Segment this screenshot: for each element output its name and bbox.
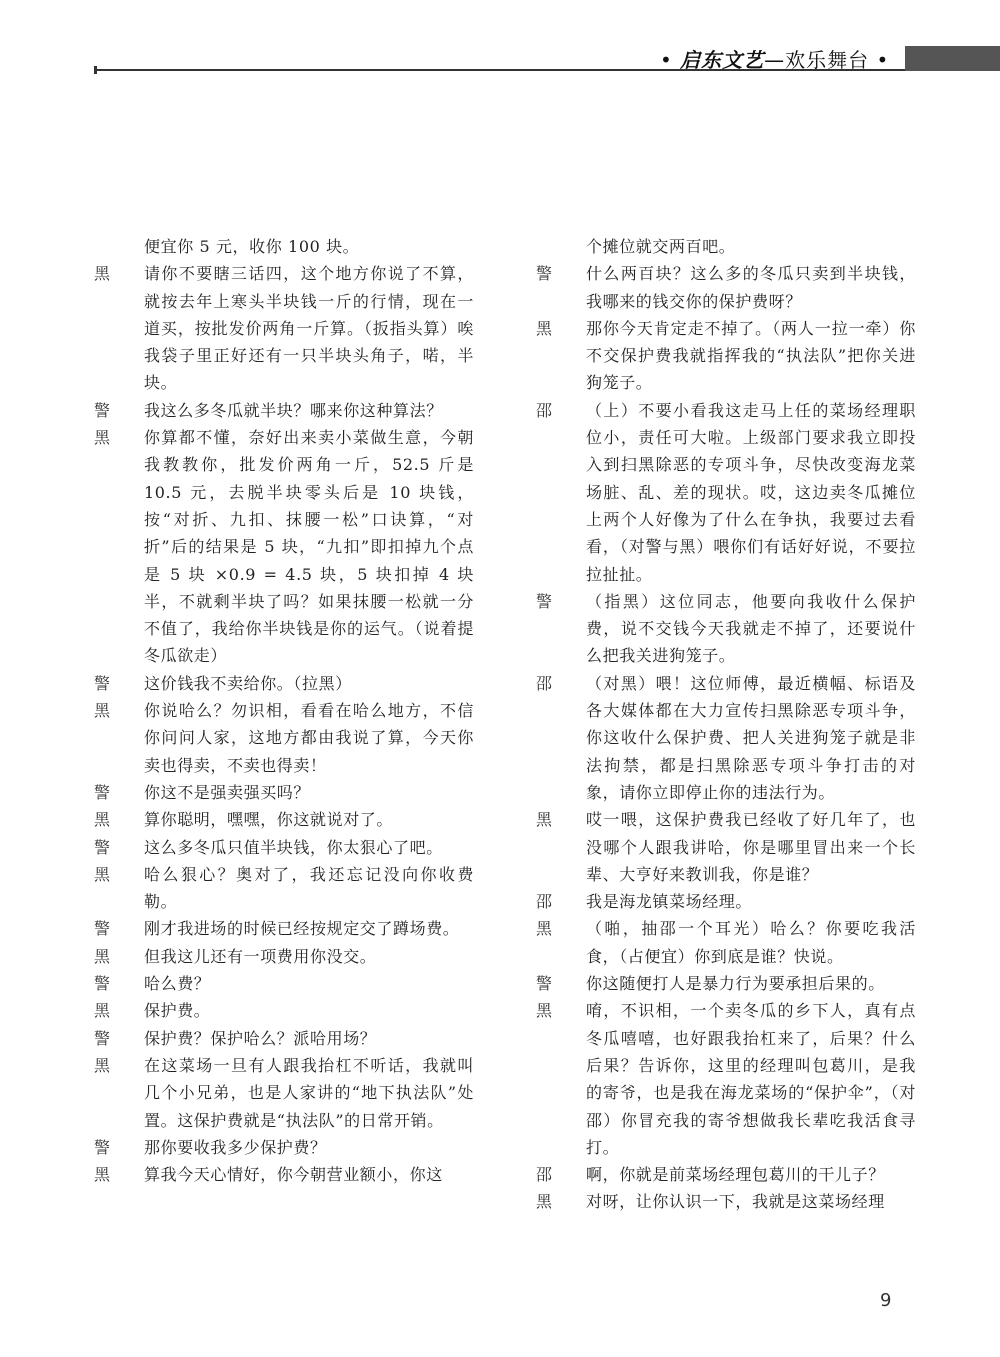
- dialogue-text: 这么多冬瓜只值半块钱，你太狠心了吧。: [144, 834, 474, 861]
- right-column: 个摊位就交两百吧。警什么两百块？这么多的冬瓜只卖到半块钱，我哪来的钱交你的保护费…: [536, 233, 916, 1216]
- dialogue-entry: 黑哈么狠心？奥对了，我还忘记没向你收费勒。: [94, 861, 474, 916]
- dialogue-text: 你算都不懂，奈好出来卖小菜做生意，今朝我教教你，批发价两角一斤，52.5 斤是 …: [144, 424, 474, 670]
- speaker-label: 黑: [536, 1188, 586, 1215]
- dialogue-entry: 警你这不是强卖强买吗？: [94, 779, 474, 806]
- dialogue-text: （上）不要小看我这走马上任的菜场经理职位小，责任可大啦。上级部门要求我立即投入到…: [586, 397, 916, 588]
- dialogue-text: （对黑）喂！这位师傅，最近横幅、标语及各大媒体都在大力宣传扫黑除恶专项斗争，你这…: [586, 670, 916, 806]
- dialogue-entry: 便宜你 5 元，收你 100 块。: [94, 233, 474, 260]
- speaker-label: 警: [94, 670, 144, 697]
- speaker-label: 黑: [94, 1052, 144, 1134]
- speaker-label: 警: [94, 915, 144, 942]
- speaker-label: 黑: [536, 315, 586, 397]
- dialogue-text: 刚才我进场的时候已经按规定交了蹲场费。: [144, 915, 474, 942]
- dialogue-entry: 警你这随便打人是暴力行为要承担后果的。: [536, 970, 916, 997]
- dialogue-entry: 黑算你聪明，嘿嘿，你这就说对了。: [94, 806, 474, 833]
- speaker-label: 邵: [536, 670, 586, 806]
- speaker-label: 邵: [536, 1161, 586, 1188]
- dialogue-text: 对呀，让你认识一下，我就是这菜场经理: [586, 1188, 916, 1215]
- dialogue-text: （啪，抽邵一个耳光）哈么？你要吃我活食，（占便宜）你到底是谁？快说。: [586, 915, 916, 970]
- dialogue-entry: 邵啊，你就是前菜场经理包葛川的干儿子？: [536, 1161, 916, 1188]
- dialogue-entry: 黑对呀，让你认识一下，我就是这菜场经理: [536, 1188, 916, 1215]
- speaker-label: 警: [94, 834, 144, 861]
- dialogue-text: 便宜你 5 元，收你 100 块。: [144, 233, 474, 260]
- dialogue-entry: 警保护费？保护哈么？派哈用场？: [94, 1025, 474, 1052]
- dialogue-entry: 个摊位就交两百吧。: [536, 233, 916, 260]
- page-number: 9: [880, 1290, 891, 1311]
- dialogue-entry: 邵（上）不要小看我这走马上任的菜场经理职位小，责任可大啦。上级部门要求我立即投入…: [536, 397, 916, 588]
- speaker-label: 警: [94, 970, 144, 997]
- speaker-label: 警: [94, 779, 144, 806]
- dialogue-entry: 警哈么费？: [94, 970, 474, 997]
- speaker-label: 黑: [94, 943, 144, 970]
- dialogue-entry: 黑（啪，抽邵一个耳光）哈么？你要吃我活食，（占便宜）你到底是谁？快说。: [536, 915, 916, 970]
- header-color-block: [905, 46, 1000, 71]
- speaker-label: [536, 233, 586, 260]
- dialogue-entry: 警刚才我进场的时候已经按规定交了蹲场费。: [94, 915, 474, 942]
- speaker-label: 邵: [536, 888, 586, 915]
- speaker-label: 黑: [536, 997, 586, 1161]
- dialogue-text: 那你今天肯定走不掉了。（两人一拉一牵）你不交保护费我就指挥我的“执法队”把你关进…: [586, 315, 916, 397]
- dialogue-text: 啊，你就是前菜场经理包葛川的干儿子？: [586, 1161, 916, 1188]
- dialogue-entry: 黑唷，不识相，一个卖冬瓜的乡下人，真有点冬瓜嘻嘻，也好跟我抬杠来了，后果？什么后…: [536, 997, 916, 1161]
- dialogue-text: 保护费？保护哈么？派哈用场？: [144, 1025, 474, 1052]
- dialogue-text: 但我这儿还有一项费用你没交。: [144, 943, 474, 970]
- speaker-label: 警: [94, 397, 144, 424]
- dialogue-text: 保护费。: [144, 997, 474, 1024]
- dialogue-text: （指黑）这位同志，他要向我收什么保护费，说不交钱今天我就走不掉了，还要说什么把我…: [586, 588, 916, 670]
- speaker-label: [94, 233, 144, 260]
- speaker-label: 黑: [536, 806, 586, 888]
- dialogue-text: 个摊位就交两百吧。: [586, 233, 916, 260]
- header-bullet-right: •: [877, 48, 890, 72]
- dialogue-text: 哈么狠心？奥对了，我还忘记没向你收费勒。: [144, 861, 474, 916]
- speaker-label: 黑: [94, 997, 144, 1024]
- dialogue-text: 哎一喂，这保护费我已经收了好几年了，也没哪个人跟我讲哈，你是哪里冒出来一个长辈、…: [586, 806, 916, 888]
- dialogue-entry: 黑你算都不懂，奈好出来卖小菜做生意，今朝我教教你，批发价两角一斤，52.5 斤是…: [94, 424, 474, 670]
- dialogue-entry: 警那你要收我多少保护费？: [94, 1134, 474, 1161]
- dialogue-text: 你这随便打人是暴力行为要承担后果的。: [586, 970, 916, 997]
- dialogue-entry: 黑算我今天心情好，你今朝营业额小，你这: [94, 1161, 474, 1188]
- dialogue-text: 算我今天心情好，你今朝营业额小，你这: [144, 1161, 474, 1188]
- dialogue-entry: 黑你说哈么？勿识相，看看在哈么地方，不信你问问人家，这地方都由我说了算，今天你卖…: [94, 697, 474, 779]
- dialogue-entry: 黑在这菜场一旦有人跟我抬杠不听话，我就叫几个小兄弟，也是人家讲的“地下执法队”处…: [94, 1052, 474, 1134]
- dialogue-text: 唷，不识相，一个卖冬瓜的乡下人，真有点冬瓜嘻嘻，也好跟我抬杠来了，后果？什么后果…: [586, 997, 916, 1161]
- dialogue-entry: 黑保护费。: [94, 997, 474, 1024]
- speaker-label: 黑: [536, 915, 586, 970]
- dialogue-entry: 黑哎一喂，这保护费我已经收了好几年了，也没哪个人跟我讲哈，你是哪里冒出来一个长辈…: [536, 806, 916, 888]
- dialogue-text: 你说哈么？勿识相，看看在哈么地方，不信你问问人家，这地方都由我说了算，今天你卖也…: [144, 697, 474, 779]
- dialogue-text: 这价钱我不卖给你。（拉黑）: [144, 670, 474, 697]
- speaker-label: 黑: [94, 861, 144, 916]
- dialogue-entry: 黑但我这儿还有一项费用你没交。: [94, 943, 474, 970]
- dialogue-text: 那你要收我多少保护费？: [144, 1134, 474, 1161]
- dialogue-entry: 邵（对黑）喂！这位师傅，最近横幅、标语及各大媒体都在大力宣传扫黑除恶专项斗争，你…: [536, 670, 916, 806]
- speaker-label: 黑: [94, 424, 144, 670]
- dialogue-entry: 警这价钱我不卖给你。（拉黑）: [94, 670, 474, 697]
- speaker-label: 黑: [94, 697, 144, 779]
- running-header-title: • 启东文艺—欢乐舞台 •: [660, 44, 889, 73]
- dialogue-entry: 警这么多冬瓜只值半块钱，你太狠心了吧。: [94, 834, 474, 861]
- dialogue-entry: 警我这么多冬瓜就半块？哪来你这种算法？: [94, 397, 474, 424]
- header-dash: —: [764, 48, 785, 72]
- header-bullet-left: •: [660, 48, 673, 72]
- dialogue-text: 算你聪明，嘿嘿，你这就说对了。: [144, 806, 474, 833]
- dialogue-text: 哈么费？: [144, 970, 474, 997]
- speaker-label: 警: [94, 1025, 144, 1052]
- dialogue-entry: 黑请你不要瞎三话四，这个地方你说了不算，就按去年上寒头半块钱一斤的行情，现在一道…: [94, 260, 474, 396]
- left-column: 便宜你 5 元，收你 100 块。黑请你不要瞎三话四，这个地方你说了不算，就按去…: [94, 233, 474, 1188]
- speaker-label: 警: [94, 1134, 144, 1161]
- speaker-label: 警: [536, 260, 586, 315]
- speaker-label: 黑: [94, 260, 144, 396]
- header-section: 欢乐舞台: [785, 48, 869, 72]
- dialogue-entry: 警（指黑）这位同志，他要向我收什么保护费，说不交钱今天我就走不掉了，还要说什么把…: [536, 588, 916, 670]
- speaker-label: 黑: [94, 1161, 144, 1188]
- header-brand: 启东文艺: [680, 48, 764, 72]
- dialogue-entry: 警什么两百块？这么多的冬瓜只卖到半块钱，我哪来的钱交你的保护费呀？: [536, 260, 916, 315]
- dialogue-text: 请你不要瞎三话四，这个地方你说了不算，就按去年上寒头半块钱一斤的行情，现在一道买…: [144, 260, 474, 396]
- dialogue-text: 什么两百块？这么多的冬瓜只卖到半块钱，我哪来的钱交你的保护费呀？: [586, 260, 916, 315]
- speaker-label: 黑: [94, 806, 144, 833]
- speaker-label: 警: [536, 588, 586, 670]
- dialogue-entry: 邵我是海龙镇菜场经理。: [536, 888, 916, 915]
- dialogue-text: 我是海龙镇菜场经理。: [586, 888, 916, 915]
- dialogue-text: 你这不是强卖强买吗？: [144, 779, 474, 806]
- speaker-label: 警: [536, 970, 586, 997]
- speaker-label: 邵: [536, 397, 586, 588]
- dialogue-text: 在这菜场一旦有人跟我抬杠不听话，我就叫几个小兄弟，也是人家讲的“地下执法队”处置…: [144, 1052, 474, 1134]
- dialogue-entry: 黑那你今天肯定走不掉了。（两人一拉一牵）你不交保护费我就指挥我的“执法队”把你关…: [536, 315, 916, 397]
- dialogue-text: 我这么多冬瓜就半块？哪来你这种算法？: [144, 397, 474, 424]
